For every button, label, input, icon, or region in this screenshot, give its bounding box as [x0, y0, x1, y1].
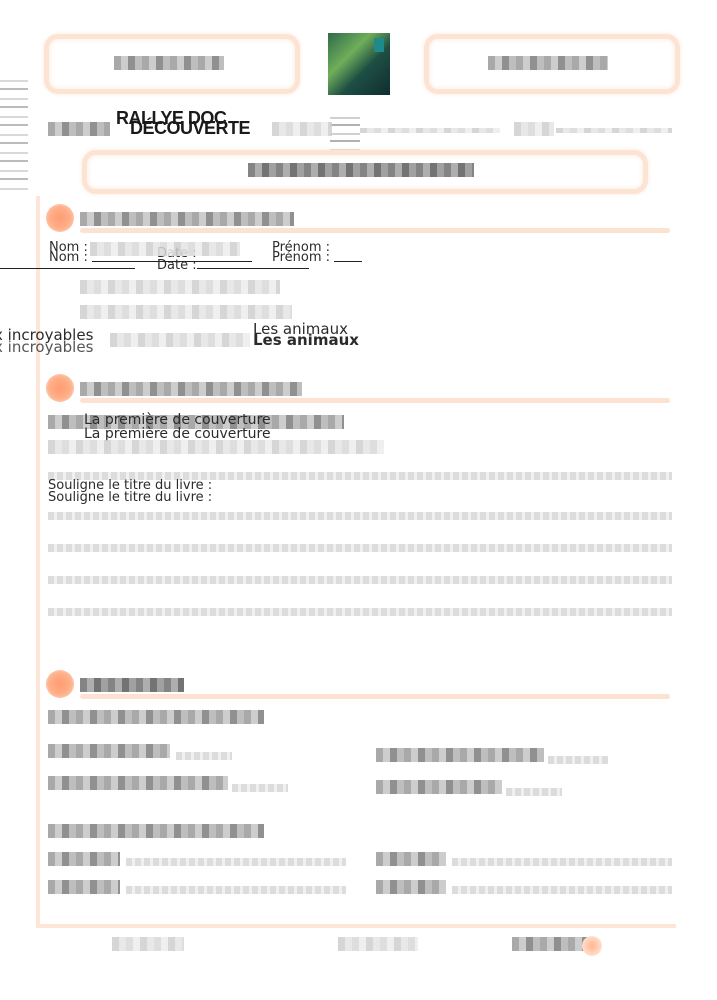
- section-1-divider: [80, 228, 670, 233]
- book-cover-image: [328, 33, 390, 95]
- firstname-input-line: [334, 261, 362, 262]
- page-entry-1-label: [48, 852, 120, 866]
- header-left-label: [114, 56, 224, 70]
- item-3-label: [48, 776, 228, 790]
- footer-right: [512, 937, 588, 951]
- item-4-field[interactable]: [506, 788, 562, 796]
- section-1-title: [80, 212, 294, 226]
- option-1[interactable]: [80, 280, 280, 294]
- footer-left: [112, 937, 184, 951]
- subtitle-label: [248, 163, 474, 177]
- firstname-label-overlay: Prénom :: [272, 250, 330, 265]
- name-blurred-value: [90, 242, 240, 256]
- page-entry-3-field[interactable]: [126, 886, 346, 894]
- section-3-title: [80, 678, 184, 692]
- name-input-line-2: [0, 268, 135, 269]
- item-2-label: [376, 748, 544, 762]
- item-1-field[interactable]: [176, 752, 232, 760]
- underline-prompt-dup: Souligne le titre du livre :: [48, 490, 212, 505]
- rally-title-overlay: DÉCOUVERTE: [130, 120, 250, 136]
- section-3-number-icon: [46, 670, 74, 698]
- section-1-number-icon: [46, 204, 74, 232]
- firstname-field-blurred: [514, 122, 554, 136]
- side-illustration: [0, 72, 28, 192]
- section-2-title: [80, 382, 302, 396]
- date-field-line: [360, 128, 500, 133]
- option-3[interactable]: [110, 333, 250, 347]
- section-2-number-icon: [46, 374, 74, 402]
- header-right-label: [488, 56, 608, 70]
- page-entry-2-field[interactable]: [452, 858, 672, 866]
- section-2-instruction-blurred: [48, 440, 384, 454]
- overlay-incroyables-dup: x incroyables: [0, 338, 93, 356]
- date-label-overlay: Date :: [157, 258, 197, 273]
- page-entry-2-label: [376, 852, 446, 866]
- section-2-divider: [80, 398, 670, 403]
- item-2-field[interactable]: [548, 756, 608, 764]
- answer-line-2[interactable]: [48, 512, 672, 520]
- section-3-divider: [80, 694, 670, 699]
- overlay-les-animaux-dup: Les animaux: [253, 331, 359, 349]
- item-4-label: [376, 780, 502, 794]
- answer-line-5[interactable]: [48, 608, 672, 616]
- question-a: [48, 710, 264, 724]
- rally-title-line2: DÉCOUVERTE: [130, 120, 250, 136]
- date-field-blurred: [272, 122, 332, 136]
- name-field-blurred: [48, 122, 110, 136]
- firstname-field-line: [556, 128, 672, 133]
- page-number-marker-icon: [582, 936, 602, 956]
- question-b: [48, 824, 264, 838]
- item-3-field[interactable]: [232, 784, 288, 792]
- answer-line-3[interactable]: [48, 544, 672, 552]
- name-label-overlay: Nom :: [49, 250, 88, 265]
- page-entry-4-label: [376, 880, 446, 894]
- page-entry-3-label: [48, 880, 120, 894]
- answer-line-4[interactable]: [48, 576, 672, 584]
- option-2[interactable]: [80, 305, 292, 319]
- page-entry-4-field[interactable]: [452, 886, 672, 894]
- page-entry-1-field[interactable]: [126, 858, 346, 866]
- date-input-line: [197, 268, 309, 269]
- footer-center: [338, 937, 418, 951]
- item-1-label: [48, 744, 170, 758]
